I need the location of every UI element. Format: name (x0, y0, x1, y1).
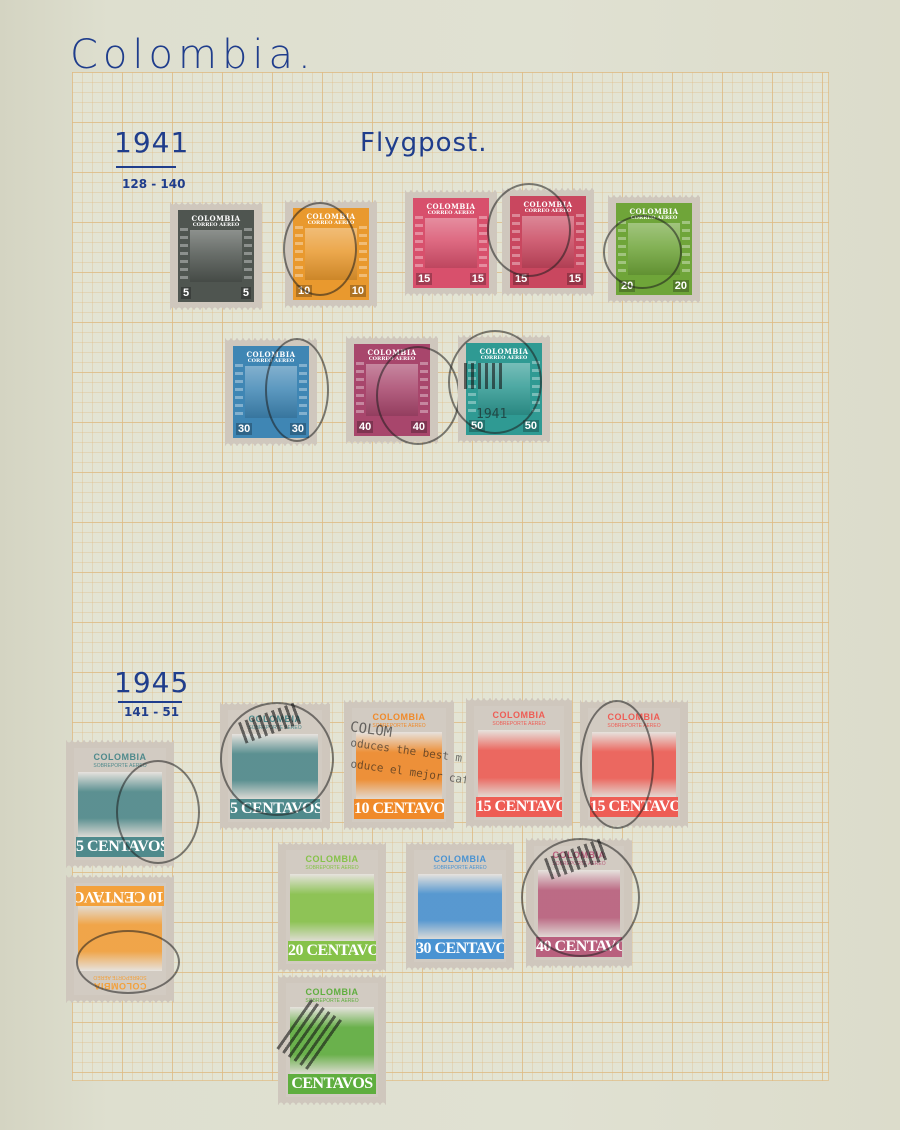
stamp[interactable]: COLOMBIASOBREPORTE AEREO15 CENTAVOS (466, 698, 572, 828)
stamp-vignette (305, 228, 357, 280)
stamp-value: 40 (357, 421, 373, 433)
stamp-picture (592, 732, 676, 798)
stamp-value: 40 CENTAVOS (536, 937, 622, 957)
stamp-caption: SOBREPORTE AEREO (534, 861, 624, 867)
stamp-border-ornament (682, 221, 690, 277)
stamp-value: 5 CENTAVOS (76, 837, 164, 857)
stamp-value: 20 (673, 280, 689, 292)
stamp-frame: COLOMBIACORREO AEREO2020 (616, 203, 692, 295)
stamp-picture (290, 1007, 374, 1075)
stamp-vignette (522, 216, 574, 268)
stamp-border-ornament (356, 362, 364, 418)
year-heading-1941: 1941 (114, 126, 189, 159)
stamp-country: COLOMBIA (414, 854, 506, 864)
page-title: Colombia. (70, 32, 316, 78)
stamp-frame: COLOMBIACORREO AEREO3030 (233, 346, 309, 438)
stamp-border-ornament (468, 361, 476, 417)
stamp[interactable]: COLOMBIACORREO AEREO3030 (225, 338, 317, 446)
stamp-value: 15 CENTAVOS (476, 797, 562, 817)
stamp-border-ornament (512, 214, 520, 270)
stamp-border-ornament (415, 216, 423, 270)
stamp-border-ornament (420, 362, 428, 418)
stamp-frame: COLOMBIACORREO AEREO1010 (293, 208, 369, 300)
stamp-caption: SOBREPORTE AEREO (352, 723, 446, 729)
stamp-frame: COLOMBIASOBREPORTE AEREO30 CENTAVOS (414, 850, 506, 962)
stamp-frame: COLOMBIASOBREPORTE AEREO10 CENTAVOS (74, 883, 166, 995)
stamp-picture (232, 734, 318, 800)
stamp[interactable]: COLOMBIASOBREPORTE AEREOCENTAVOS (278, 975, 386, 1105)
stamp-value: 20 CENTAVOS (288, 941, 376, 961)
stamp[interactable]: COLOMBIACORREO AEREO1010 (285, 200, 377, 308)
stamp[interactable]: COLOMBIACORREO AEREO1515 (502, 188, 594, 296)
stamp-country: COLOMBIA (588, 712, 680, 722)
stamp-value: 40 (411, 421, 427, 433)
stamp-value: 5 (241, 287, 251, 299)
stamp-border-ornament (295, 226, 303, 282)
stamp-caption: CORREO AEREO (616, 215, 692, 221)
stamp-vignette (628, 223, 680, 275)
stamp-caption: SOBREPORTE AEREO (474, 721, 564, 727)
stamp-caption: SOBREPORTE AEREO (286, 998, 378, 1004)
year-underline (118, 701, 182, 703)
stamp-frame: COLOMBIASOBREPORTE AEREO15 CENTAVOS (588, 708, 680, 820)
stamp-vignette (190, 230, 242, 282)
stamp-picture (538, 870, 620, 938)
stamp[interactable]: COLOMBIASOBREPORTE AEREO40 CENTAVOS (526, 838, 632, 968)
stamp[interactable]: COLOMBIASOBREPORTE AEREO10 CENTAVOS (66, 875, 174, 1003)
stamp-frame: COLOMBIACORREO AEREO4040 (354, 344, 430, 436)
section-subtitle: Flygpost. (360, 128, 488, 158)
stamp-border-ornament (299, 364, 307, 420)
stamp-value: 10 CENTAVOS (354, 799, 444, 819)
stamp-value: 20 (619, 280, 635, 292)
stamp-country: COLOMBIA (286, 987, 378, 997)
stamp-value: CENTAVOS (288, 1074, 376, 1094)
stamp-country: COLOMBIA (474, 710, 564, 720)
stamp-value: 30 CENTAVOS (416, 939, 504, 959)
stamp-vignette (478, 363, 530, 415)
stamp-caption: CORREO AEREO (413, 210, 489, 216)
stamp[interactable]: COLOMBIACORREO AEREO55 (170, 202, 262, 310)
stamp-frame: COLOMBIASOBREPORTE AEREO5 CENTAVOS (228, 710, 322, 822)
stamp-value: 50 (469, 420, 485, 432)
stamp-vignette (366, 364, 418, 416)
stamp-value: 50 (523, 420, 539, 432)
stamp-caption: SOBREPORTE AEREO (286, 865, 378, 871)
stamp-frame: COLOMBIASOBREPORTE AEREO20 CENTAVOS (286, 850, 378, 964)
stamp-border-ornament (359, 226, 367, 282)
stamp[interactable]: COLOMBIASOBREPORTE AEREO5 CENTAVOS (66, 740, 174, 868)
year-underline (116, 166, 176, 168)
stamp-caption: CORREO AEREO (354, 356, 430, 362)
stamp[interactable]: COLOMBIASOBREPORTE AEREO10 CENTAVOS (344, 700, 454, 830)
catalog-range-1945: 141 - 51 (124, 705, 179, 719)
stamp-frame: COLOMBIASOBREPORTE AEREO10 CENTAVOS (352, 708, 446, 822)
stamp-border-ornament (180, 228, 188, 284)
stamp-picture (418, 874, 502, 940)
stamp-picture (290, 874, 374, 942)
stamp-value: 15 CENTAVOS (590, 797, 678, 817)
year-heading-1945: 1945 (114, 666, 189, 699)
stamp-value: 15 (513, 273, 529, 285)
stamp-caption: CORREO AEREO (293, 220, 369, 226)
stamp[interactable]: COLOMBIACORREO AEREO1515 (405, 190, 497, 296)
stamp-frame: COLOMBIACORREO AEREO5050 (466, 343, 542, 435)
stamp-frame: COLOMBIASOBREPORTE AEREO15 CENTAVOS (474, 706, 564, 820)
stamp-value: 15 (416, 273, 432, 285)
stamp-picture (78, 772, 162, 838)
stamp-caption: SOBREPORTE AEREO (228, 725, 322, 731)
stamp-picture (478, 730, 560, 798)
stamp-caption: SOBREPORTE AEREO (414, 865, 506, 871)
stamp-value: 10 CENTAVOS (76, 886, 164, 906)
stamp-caption: SOBREPORTE AEREO (588, 723, 680, 729)
stamp-country: COLOMBIA (286, 854, 378, 864)
stamp[interactable]: COLOMBIASOBREPORTE AEREO20 CENTAVOS (278, 842, 386, 972)
stamp-caption: CORREO AEREO (233, 358, 309, 364)
stamp-country: COLOMBIA (74, 752, 166, 762)
stamp-country: COLOMBIA (352, 712, 446, 722)
stamp[interactable]: COLOMBIASOBREPORTE AEREO30 CENTAVOS (406, 842, 514, 970)
stamp[interactable]: COLOMBIASOBREPORTE AEREO15 CENTAVOS (580, 700, 688, 828)
stamp-frame: COLOMBIASOBREPORTE AEREOCENTAVOS (286, 983, 378, 1097)
stamp-value: 10 (296, 285, 312, 297)
stamp-caption: CORREO AEREO (178, 222, 254, 228)
stamp-country: COLOMBIA (228, 714, 322, 724)
stamp-caption: SOBREPORTE AEREO (74, 974, 166, 980)
stamp[interactable]: COLOMBIACORREO AEREO5050 (458, 335, 550, 443)
stamp-frame: COLOMBIACORREO AEREO55 (178, 210, 254, 302)
stamp-border-ornament (618, 221, 626, 277)
stamp-border-ornament (244, 228, 252, 284)
stamp-country: COLOMBIA (74, 981, 166, 991)
stamp-value: 15 (567, 273, 583, 285)
stamp[interactable]: COLOMBIACORREO AEREO2020 (608, 195, 700, 303)
stamp-frame: COLOMBIACORREO AEREO1515 (510, 196, 586, 288)
stamp-caption: CORREO AEREO (466, 355, 542, 361)
stamp[interactable]: COLOMBIACORREO AEREO4040 (346, 336, 438, 444)
stamp-caption: SOBREPORTE AEREO (74, 763, 166, 769)
stamp-value: 15 (470, 273, 486, 285)
stamp-value: 5 CENTAVOS (230, 799, 320, 819)
album-page: Colombia. Flygpost. 1941 128 - 140 1945 … (0, 0, 900, 1130)
stamp-value: 30 (236, 423, 252, 435)
stamp-value: 5 (181, 287, 191, 299)
stamp-value: 10 (350, 285, 366, 297)
stamp-border-ornament (532, 361, 540, 417)
catalog-range-1941: 128 - 140 (122, 177, 185, 191)
stamp-country: COLOMBIA (534, 850, 624, 860)
stamp-picture (356, 732, 442, 800)
stamp-picture (78, 905, 162, 971)
stamp-frame: COLOMBIASOBREPORTE AEREO40 CENTAVOS (534, 846, 624, 960)
stamp[interactable]: COLOMBIASOBREPORTE AEREO5 CENTAVOS (220, 702, 330, 830)
stamp-vignette (425, 218, 477, 268)
stamp-frame: COLOMBIACORREO AEREO1515 (413, 198, 489, 288)
stamp-value: 30 (290, 423, 306, 435)
stamp-frame: COLOMBIASOBREPORTE AEREO5 CENTAVOS (74, 748, 166, 860)
stamp-caption: CORREO AEREO (510, 208, 586, 214)
stamp-border-ornament (479, 216, 487, 270)
stamp-vignette (245, 366, 297, 418)
stamp-border-ornament (235, 364, 243, 420)
stamp-border-ornament (576, 214, 584, 270)
